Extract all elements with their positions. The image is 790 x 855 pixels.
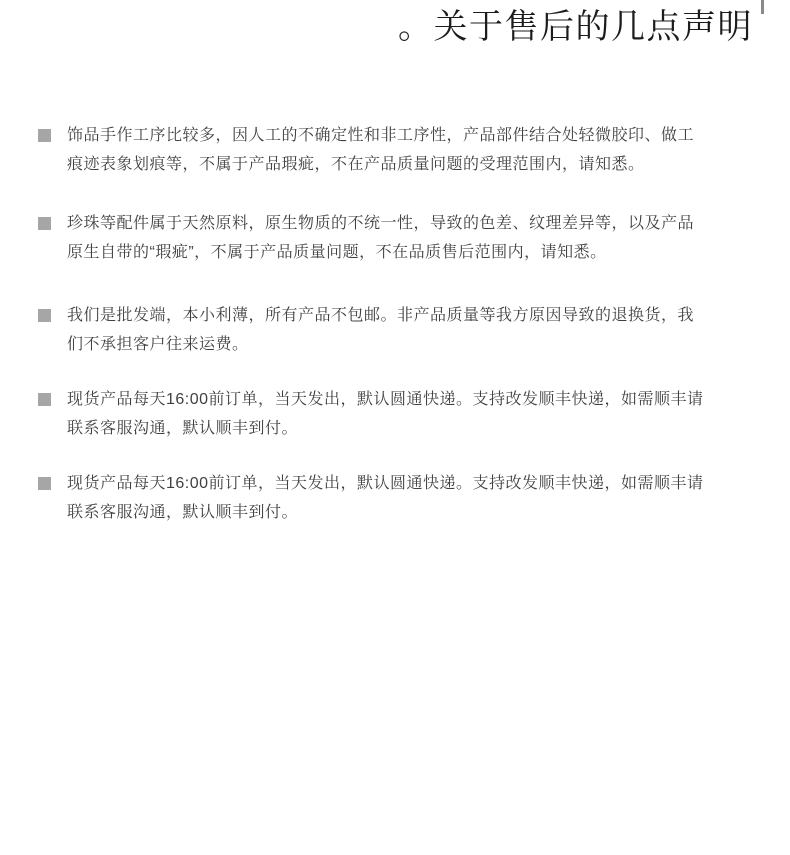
square-bullet-icon xyxy=(38,393,51,406)
top-right-edge-mark xyxy=(761,0,764,14)
statement-text: 珍珠等配件属于天然原料，原生物质的不统一性，导致的色差、纹理差异等，以及产品原生… xyxy=(67,209,707,267)
statement-text: 现货产品每天16:00前订单，当天发出，默认圆通快递。支持改发顺丰快递，如需顺丰… xyxy=(67,469,707,527)
statement-text: 我们是批发端，本小利薄，所有产品不包邮。非产品质量等我方原因导致的退换货，我们不… xyxy=(67,301,707,359)
after-sales-statement-page: 。关于售后的几点声明 饰品手作工序比较多，因人工的不确定性和非工序性，产品部件结… xyxy=(0,0,790,855)
square-bullet-icon xyxy=(38,129,51,142)
statement-item-dispatch-policy-repeat: 现货产品每天16:00前订单，当天发出，默认圆通快递。支持改发顺丰快递，如需顺丰… xyxy=(0,469,790,527)
page-title: 。关于售后的几点声明 xyxy=(0,0,790,49)
square-bullet-icon xyxy=(38,217,51,230)
statement-item-dispatch-policy: 现货产品每天16:00前订单，当天发出，默认圆通快递。支持改发顺丰快递，如需顺丰… xyxy=(0,385,790,443)
statement-item-natural-material: 珍珠等配件属于天然原料，原生物质的不统一性，导致的色差、纹理差异等，以及产品原生… xyxy=(0,209,790,267)
square-bullet-icon xyxy=(38,309,51,322)
statement-item-handmade-flaws: 饰品手作工序比较多，因人工的不确定性和非工序性，产品部件结合处轻微胶印、做工痕迹… xyxy=(0,121,790,179)
statement-item-shipping-fees: 我们是批发端，本小利薄，所有产品不包邮。非产品质量等我方原因导致的退换货，我们不… xyxy=(0,301,790,359)
square-bullet-icon xyxy=(38,477,51,490)
statement-list: 饰品手作工序比较多，因人工的不确定性和非工序性，产品部件结合处轻微胶印、做工痕迹… xyxy=(0,121,790,527)
statement-text: 饰品手作工序比较多，因人工的不确定性和非工序性，产品部件结合处轻微胶印、做工痕迹… xyxy=(67,121,707,179)
statement-text: 现货产品每天16:00前订单，当天发出，默认圆通快递。支持改发顺丰快递，如需顺丰… xyxy=(67,385,707,443)
